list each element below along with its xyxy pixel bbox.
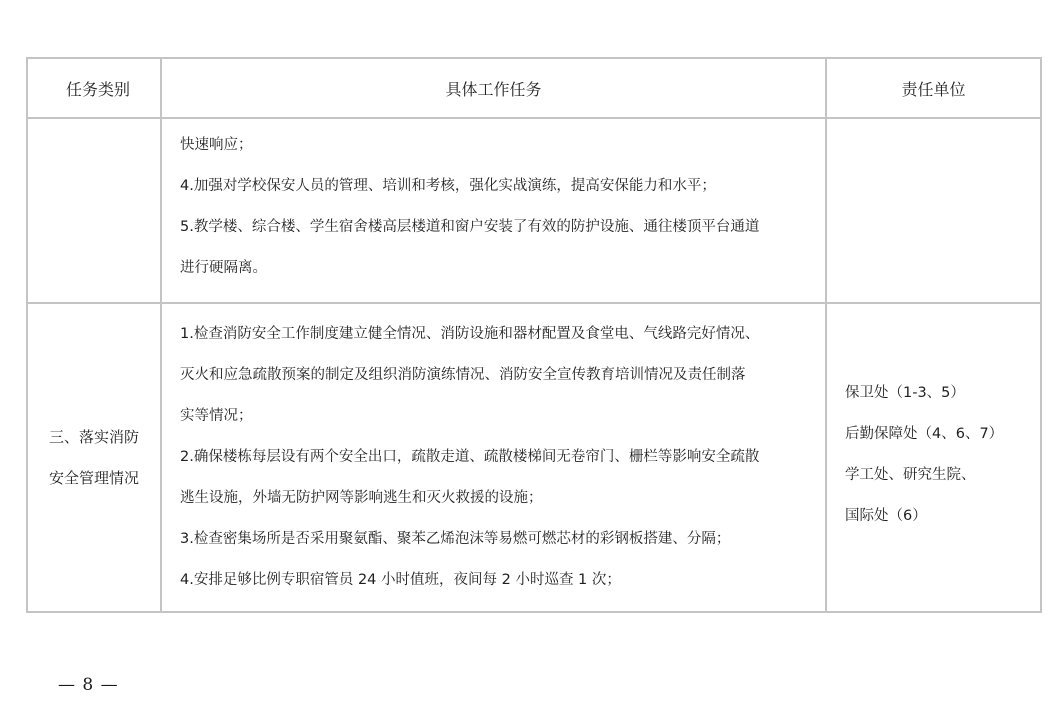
task-cell: 1.检查消防安全工作制度建立健全情况、消防设施和器材配置及食堂电、气线路完好情况… [161,303,826,612]
unit-line: 国际处（6） [845,496,1040,537]
task-line: 3.检查密集场所是否采用聚氨酯、聚苯乙烯泡沫等易燃可燃芯材的彩钢板搭建、分隔； [180,519,817,560]
task-line: 4.加强对学校保安人员的管理、培训和考核，强化实战演练，提高安保能力和水平； [180,166,817,207]
task-line: 灭火和应急疏散预案的制定及组织消防演练情况、消防安全宣传教育培训情况及责任制落 [180,355,817,396]
unit-cell: 保卫处（1-3、5） 后勤保障处（4、6、7） 学工处、研究生院、 国际处（6） [826,303,1041,612]
task-lines: 快速响应； 4.加强对学校保安人员的管理、培训和考核，强化实战演练，提高安保能力… [180,125,817,289]
task-table: 任务类别 具体工作任务 责任单位 快速响应； 4.加强对学校保安人员的管理、培训… [26,57,1042,613]
category-cell [27,118,161,303]
task-line: 实等情况； [180,396,817,437]
unit-line: 后勤保障处（4、6、7） [845,414,1040,455]
document-page: 任务类别 具体工作任务 责任单位 快速响应； 4.加强对学校保安人员的管理、培训… [0,0,1056,711]
table-row: 快速响应； 4.加强对学校保安人员的管理、培训和考核，强化实战演练，提高安保能力… [27,118,1041,303]
unit-lines: 保卫处（1-3、5） 后勤保障处（4、6、7） 学工处、研究生院、 国际处（6） [845,373,1040,537]
unit-line: 学工处、研究生院、 [845,455,1040,496]
task-line: 逃生设施，外墙无防护网等影响逃生和灭火救援的设施； [180,478,817,519]
task-line: 进行硬隔离。 [180,248,817,289]
header-task-category: 任务类别 [27,58,161,118]
task-line: 快速响应； [180,125,817,166]
table-row: 三、落实消防 安全管理情况 1.检查消防安全工作制度建立健全情况、消防设施和器材… [27,303,1041,612]
category-line: 三、落实消防 [28,417,160,458]
unit-cell [826,118,1041,303]
page-number: — 8 — [58,675,119,695]
task-lines: 1.检查消防安全工作制度建立健全情况、消防设施和器材配置及食堂电、气线路完好情况… [180,314,817,601]
task-line: 5.教学楼、综合楼、学生宿舍楼高层楼道和窗户安装了有效的防护设施、通往楼顶平台通… [180,207,817,248]
header-responsible-unit: 责任单位 [826,58,1041,118]
task-cell: 快速响应； 4.加强对学校保安人员的管理、培训和考核，强化实战演练，提高安保能力… [161,118,826,303]
task-line: 4.安排足够比例专职宿管员 24 小时值班，夜间每 2 小时巡查 1 次； [180,560,817,601]
task-line: 1.检查消防安全工作制度建立健全情况、消防设施和器材配置及食堂电、气线路完好情况… [180,314,817,355]
category-line: 安全管理情况 [28,458,160,499]
table-header-row: 任务类别 具体工作任务 责任单位 [27,58,1041,118]
unit-line: 保卫处（1-3、5） [845,373,1040,414]
category-cell: 三、落实消防 安全管理情况 [27,303,161,612]
task-line: 2.确保楼栋每层设有两个安全出口，疏散走道、疏散楼梯间无卷帘门、栅栏等影响安全疏… [180,437,817,478]
header-specific-tasks: 具体工作任务 [161,58,826,118]
